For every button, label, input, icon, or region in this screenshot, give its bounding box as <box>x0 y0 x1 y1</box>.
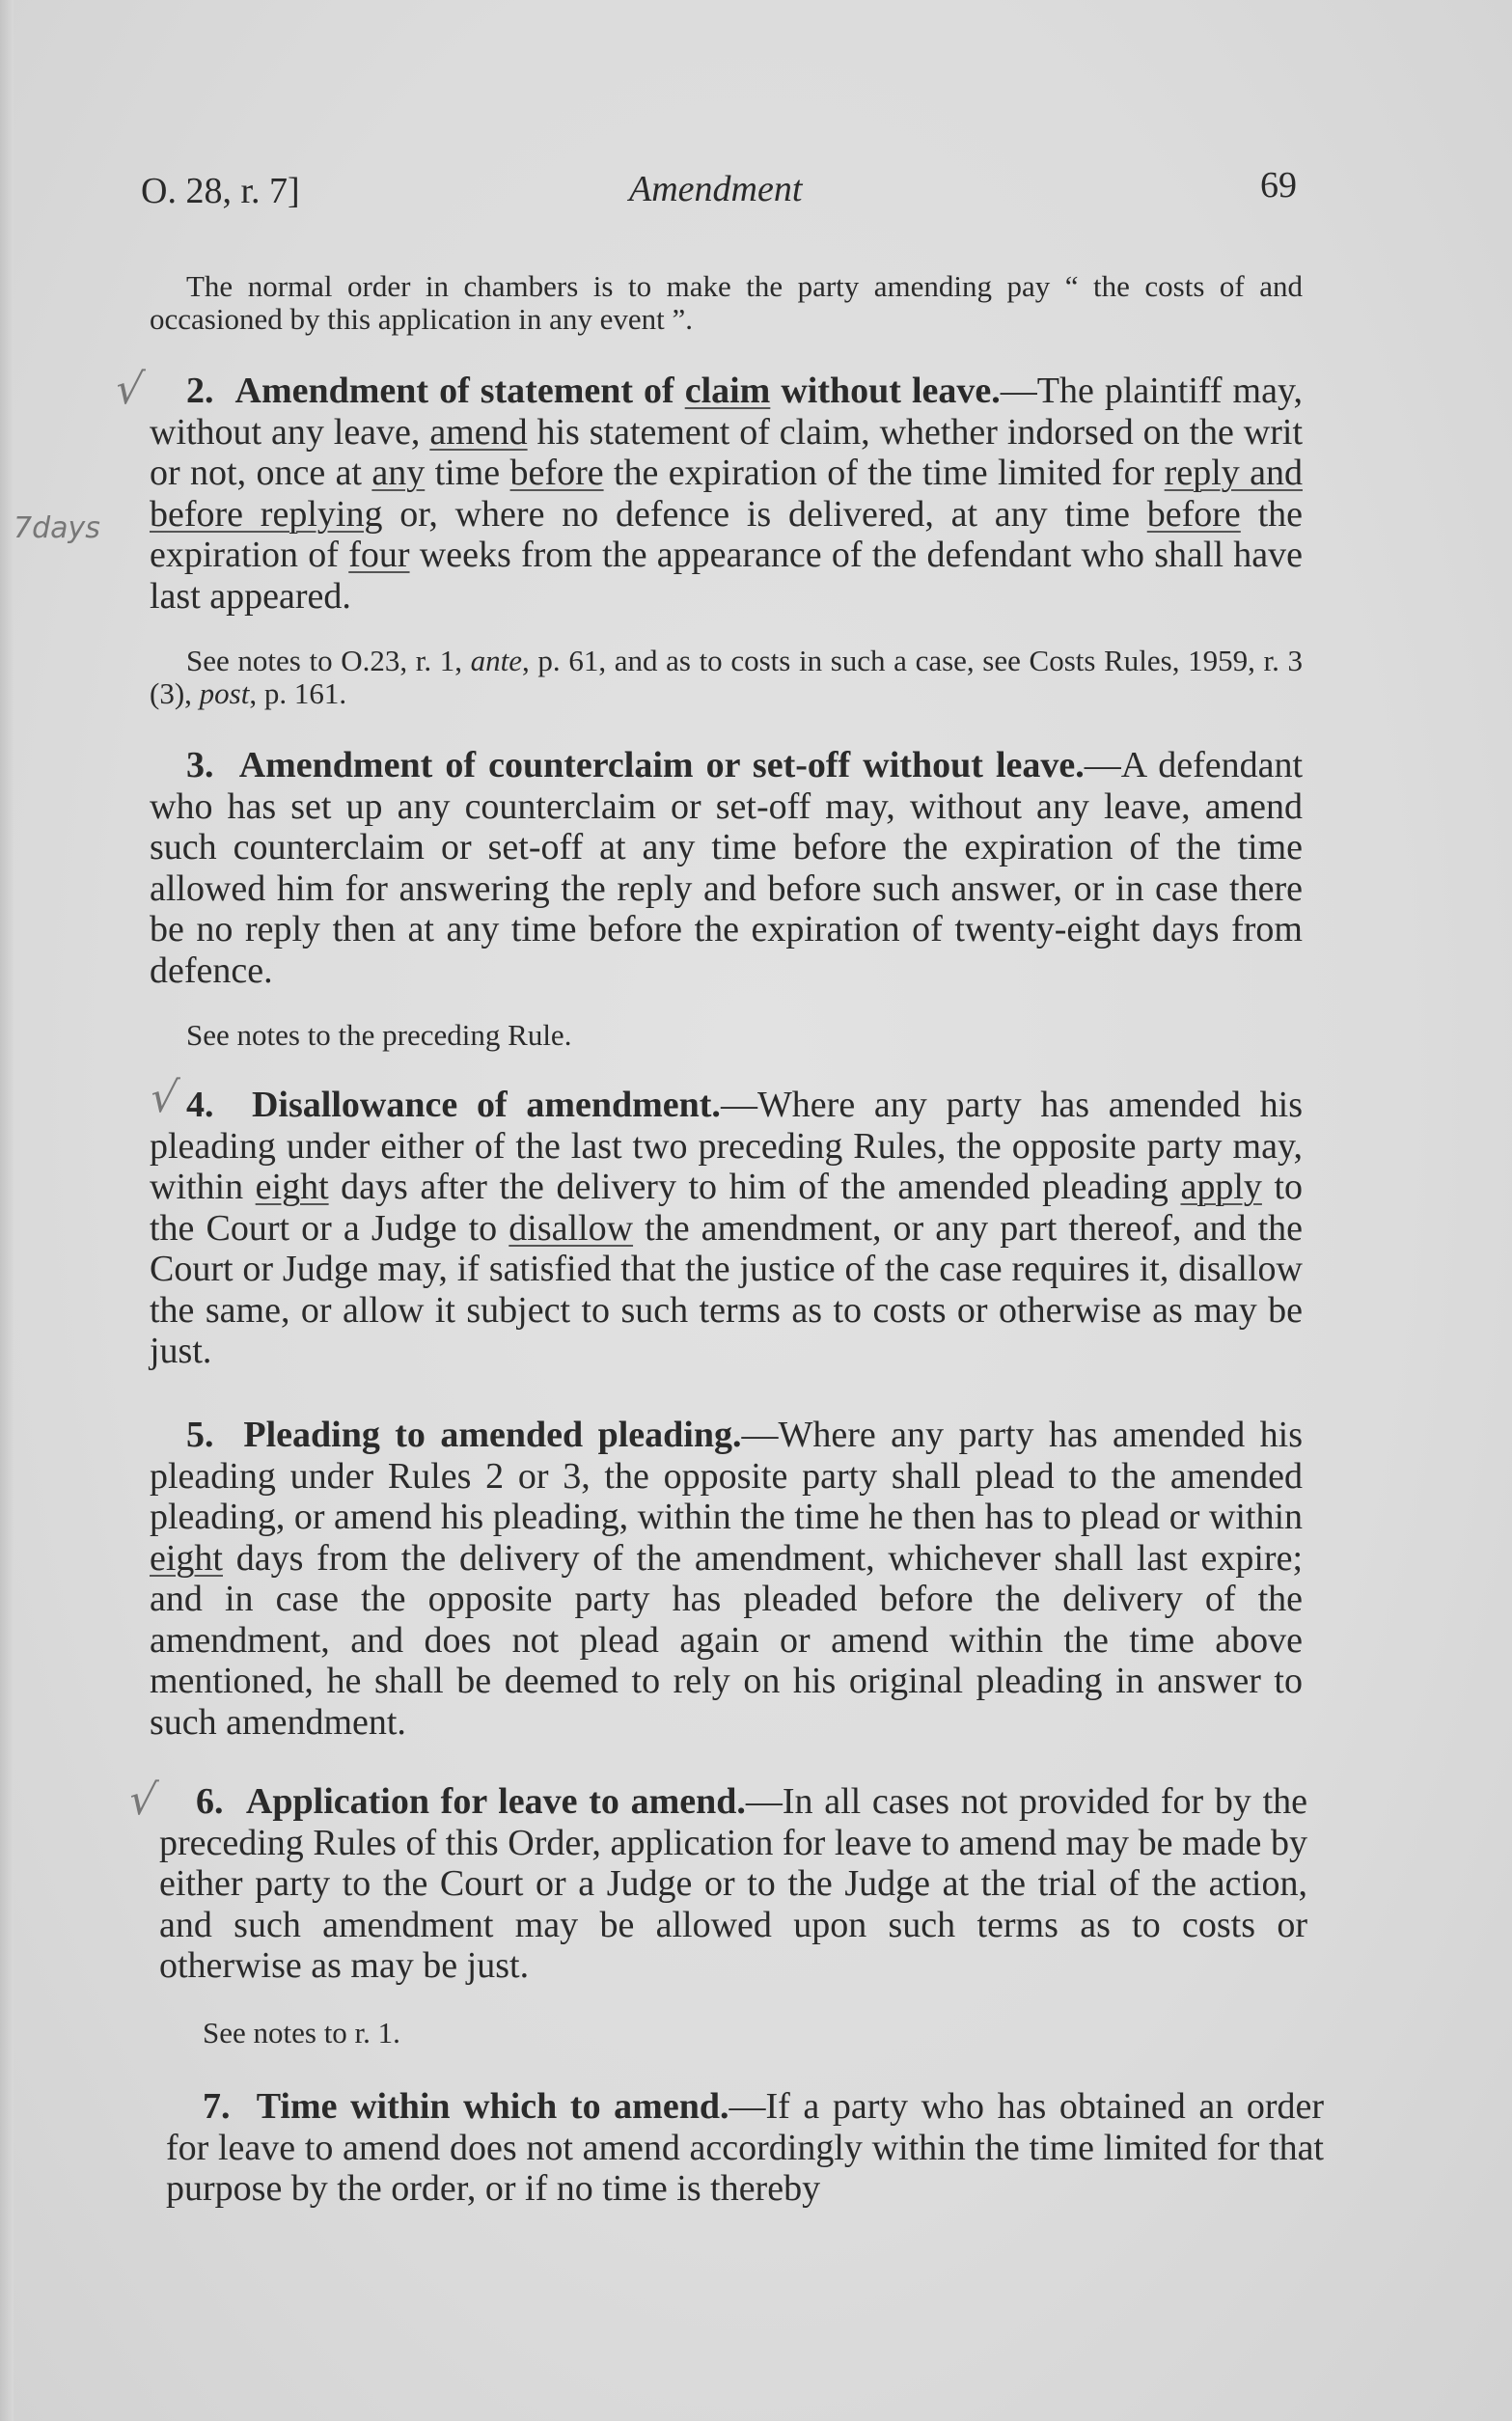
running-head-reference: O. 28, r. 7] <box>141 170 300 212</box>
rule-2-note: See notes to O.23, r. 1, ante, p. 61, an… <box>150 645 1303 710</box>
rule-body: —Where any party has amended his pleadin… <box>150 1085 1303 1371</box>
running-head-title: Amendment <box>629 168 802 210</box>
rule-number: 7. <box>203 2086 231 2127</box>
margin-note-7days: 7days <box>14 511 100 545</box>
rule-title: Application for leave to amend. <box>246 1781 746 1822</box>
rule-title: Amendment of statement of claim without … <box>235 371 1001 411</box>
check-mark-icon: √ <box>125 1775 159 1825</box>
rule-4: 4. Disallowance of amendment.—Where any … <box>150 1085 1303 1372</box>
rule-title: Time within which to amend. <box>257 2086 729 2127</box>
check-mark-icon: √ <box>112 365 146 414</box>
rule-number: 3. <box>186 745 214 785</box>
rule-3-note: See notes to the preceding Rule. <box>150 1019 1303 1052</box>
rule-2: 2. Amendment of statement of claim witho… <box>150 371 1303 617</box>
rule-6-note: See notes to r. 1. <box>166 2017 1319 2050</box>
page-number: 69 <box>1260 164 1297 206</box>
rule-number: 4. <box>186 1085 214 1125</box>
rule-number: 6. <box>196 1781 224 1822</box>
rule-title: Disallowance of amendment. <box>252 1085 721 1125</box>
rule-number: 5. <box>186 1415 214 1455</box>
rule-title: Amendment of counterclaim or set-off wit… <box>239 745 1085 785</box>
rule-number: 2. <box>186 371 214 411</box>
rule-6: 6. Application for leave to amend.—In al… <box>159 1781 1307 1987</box>
rule-title: Pleading to amended pleading. <box>243 1415 741 1455</box>
rule-5: 5. Pleading to amended pleading.—Where a… <box>150 1415 1303 1743</box>
rule-7: 7. Time within which to amend.—If a part… <box>166 2086 1324 2210</box>
page-edge-shadow <box>0 0 14 2421</box>
book-page: O. 28, r. 7] Amendment 69 The normal ord… <box>0 0 1512 2421</box>
intro-note: The normal order in chambers is to make … <box>150 270 1303 336</box>
rule-3: 3. Amendment of counterclaim or set-off … <box>150 745 1303 991</box>
rule-body: —Where any party has amended his pleadin… <box>150 1415 1303 1743</box>
